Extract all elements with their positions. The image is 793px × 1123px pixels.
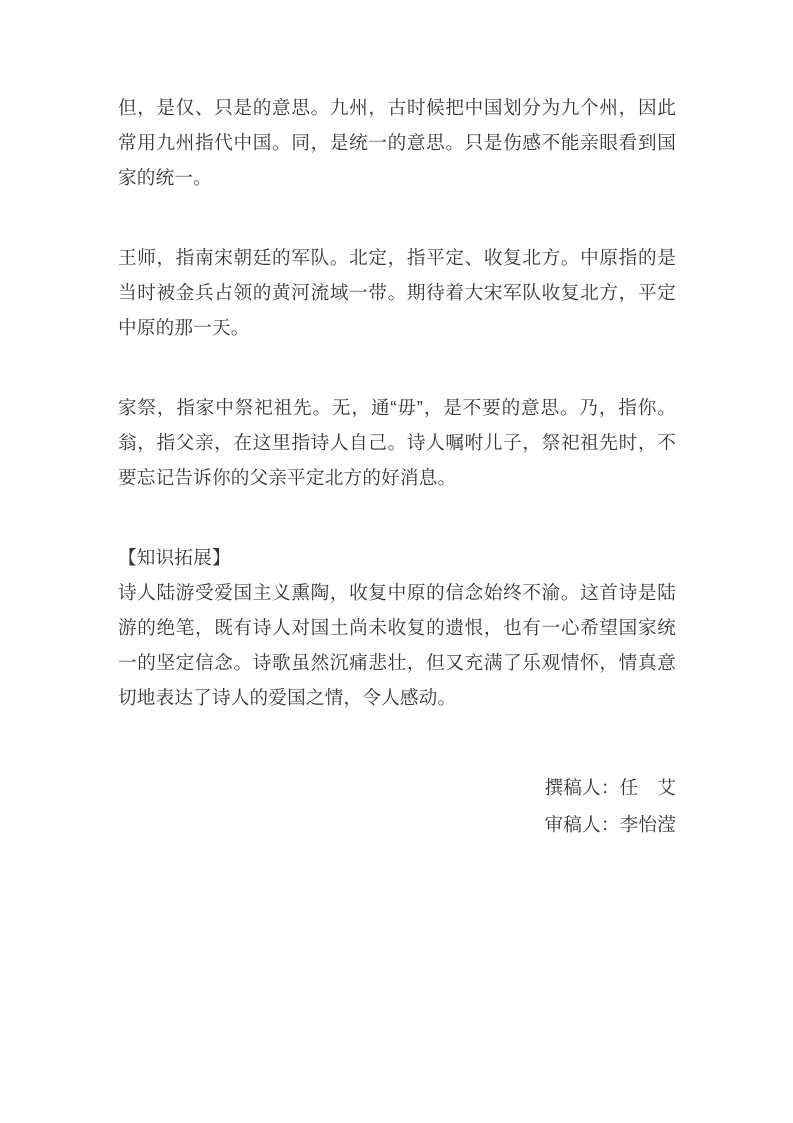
signature-reviewer-line: 审稿人：李怡滢 <box>118 806 676 843</box>
section-heading-knowledge-expansion: 【知识拓展】 <box>118 540 676 575</box>
document-page: 但，是仅、只是的意思。九州，古时候把中国划分为九个州，因此常用九州指代中国。同，… <box>0 0 793 1123</box>
paragraph-knowledge-expansion-body: 诗人陆游受爱国主义熏陶，收复中原的信念始终不渝。这首诗是陆游的绝笔，既有诗人对国… <box>118 575 676 715</box>
paragraph-annotation-dan-jiuzhou: 但，是仅、只是的意思。九州，古时候把中国划分为九个州，因此常用九州指代中国。同，… <box>118 90 676 195</box>
paragraph-annotation-jiaji-wu-nai-weng: 家祭，指家中祭祀祖先。无，通“毋”，是不要的意思。乃，指你。翁，指父亲，在这里指… <box>118 390 676 495</box>
signature-author-line: 撰稿人：任 艾 <box>118 769 676 806</box>
paragraph-annotation-wangshi-beiding: 王师，指南宋朝廷的军队。北定，指平定、收复北方。中原指的是当时被金兵占领的黄河流… <box>118 240 676 345</box>
signature-block: 撰稿人：任 艾 审稿人：李怡滢 <box>118 769 676 843</box>
document-content: 但，是仅、只是的意思。九州，古时候把中国划分为九个州，因此常用九州指代中国。同，… <box>118 90 676 843</box>
